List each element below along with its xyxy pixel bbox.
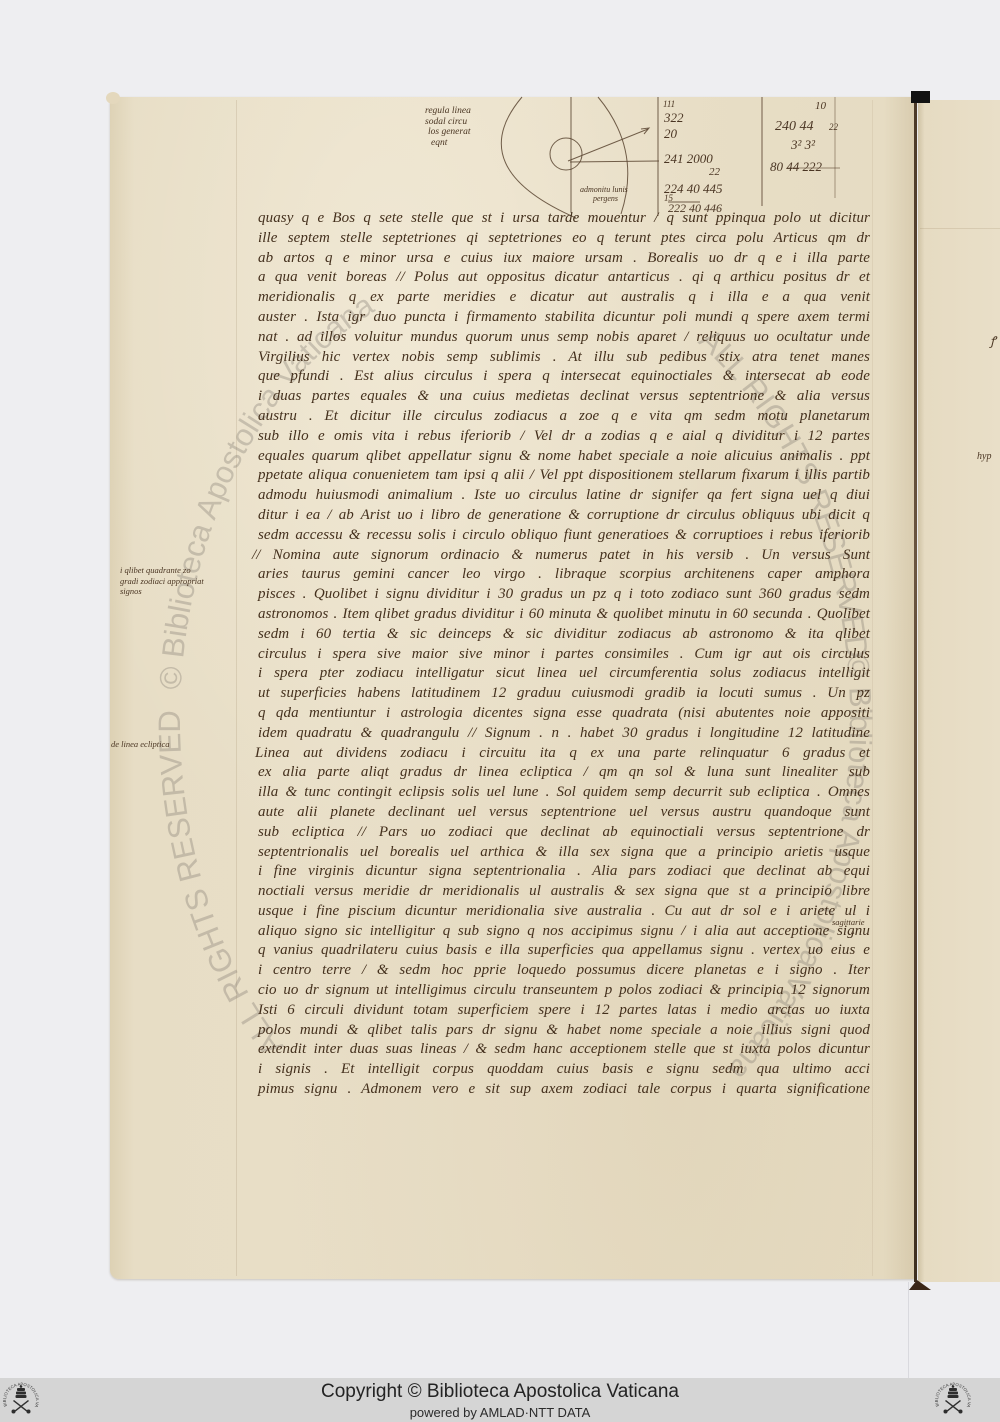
text-line: quasy q e Bos q sete stelle que st i urs… (258, 209, 870, 229)
calc-value: 22 (829, 122, 838, 132)
text-line: i signis . Et intelligit corpus quoddam … (258, 1060, 870, 1080)
margin-ruling-right (872, 100, 873, 1276)
note-line: i qlibet quadrante zo (120, 565, 204, 576)
text-line: sub illo e omis vita i rebus iferiorib /… (258, 427, 870, 447)
facing-page-note: ꝭ (990, 332, 996, 349)
calc-value: 80 44 222 (770, 159, 822, 175)
text-line: equales quarum qlibet appellatur signu &… (258, 447, 870, 467)
text-line: ex alia parte aliqt gradus dr linea ecli… (258, 763, 870, 783)
text-line: ab artos q e minor ursa e cuius iux maio… (258, 249, 870, 269)
margin-note-zodiac-quadrant: i qlibet quadrante zo gradi zodiaci appr… (120, 565, 204, 597)
facing-page-ruling (920, 228, 1000, 229)
text-line: polos mundi & qlibet talis pars dr signu… (258, 1021, 870, 1041)
facing-page-note: hyp (977, 451, 991, 462)
note-line: pergens (580, 194, 628, 203)
scan-edge-line (908, 1282, 909, 1378)
diagram-moon-note: admonitu lunis pergens (580, 185, 628, 203)
text-line: Isti 6 circuli dividunt totam superficie… (258, 1001, 870, 1021)
text-line: pisces . Quolibet i signu dividitur i 30… (258, 585, 870, 605)
facing-page-edge (918, 100, 1000, 1282)
text-line: pimus signu . Admonem vero e sit sup axe… (258, 1080, 870, 1100)
text-line: sedm i 60 tertia & sic deinceps & sic di… (258, 625, 870, 645)
text-line: ditur i ea / ab Arist uo i libro de gene… (258, 506, 870, 526)
calc-value: 20 (664, 126, 677, 142)
note-line: eqnt (425, 138, 471, 149)
text-line: usque i fine piscium dicuntur meridional… (258, 902, 870, 922)
text-line: i fine virginis dicuntur signa septentri… (258, 862, 870, 882)
text-line: aute alii planete declinant uel versus s… (258, 803, 870, 823)
radius-line (570, 161, 659, 162)
calc-value: 241 2000 (664, 151, 713, 167)
copyright-text: Copyright © Biblioteca Apostolica Vatica… (0, 1381, 1000, 1403)
text-line: i spera pter zodiacu intelligatur sicut … (258, 664, 870, 684)
binding-cap (911, 91, 930, 103)
calc-value: 322 (664, 110, 684, 126)
text-line: nat . ad illos voluitur mundus quorum un… (258, 328, 870, 348)
note-line: regula linea (425, 106, 471, 117)
text-line: ille septem stelle septetriones qi septe… (258, 229, 870, 249)
note-line: sodal circu (425, 117, 471, 128)
text-line: admodu huiusmodi animalium . Iste uo cir… (258, 486, 870, 506)
margin-note-sagittarius: sagittarie (832, 917, 865, 927)
note-line: gradi zodiaci appropriat (120, 576, 204, 587)
text-line: aries taurus gemini cancer leo virgo . l… (258, 565, 870, 585)
text-line: ut superficies habens latitudinem 12 gra… (258, 684, 870, 704)
text-line: septentrionalis uel borealis uel arthica… (258, 843, 870, 863)
text-line: meridionalis q ex parte meridies e dicat… (258, 288, 870, 308)
note-line: admonitu lunis (580, 185, 628, 194)
text-line: idem quadratu & quadrangulu // Signum . … (258, 724, 870, 744)
pointer-line (568, 129, 648, 161)
margin-ruling-left (236, 100, 237, 1276)
margin-note-ecliptic: de linea ecliptica (111, 739, 170, 749)
calc-value: 3² 3² (791, 137, 815, 153)
text-line: austru . Et dicitur ille circulus zodiac… (258, 407, 870, 427)
text-line: que pfundi . Est alius circulus i spera … (258, 367, 870, 387)
calc-value: 111 (663, 99, 675, 109)
inner-circle (550, 138, 582, 170)
text-line: i duas partes equales & una cuius mediet… (258, 387, 870, 407)
calc-value: 10 (815, 100, 826, 112)
binding-foot (909, 1280, 931, 1290)
text-line: aliquo signo sic intelligitur q sub sign… (258, 922, 870, 942)
text-line: illa & tunc contingit eclipsis solis uel… (258, 783, 870, 803)
text-line: Linea aut dividens zodiacu i circuitu it… (255, 744, 870, 764)
text-line: sedm accessu & recessu solis i circulo o… (258, 526, 870, 546)
diagram-rule-note: regula linea sodal circu los generat eqn… (425, 106, 471, 148)
binding-spine (914, 100, 917, 1282)
text-line: cio uo dr signum ut intelligimus circulu… (258, 981, 870, 1001)
text-line: q vanius quadrilateru cuius basis e illa… (258, 941, 870, 961)
text-line: ppetate aliqua conuenietem tam ipsi q al… (258, 466, 870, 486)
text-line: astronomos . Item qlibet gradus dividitu… (258, 605, 870, 625)
text-line: a qua venit boreas // Polus aut oppositu… (258, 268, 870, 288)
text-line: // Nomina aute signorum ordinacio & nume… (252, 546, 870, 566)
calc-value: 22 (709, 166, 720, 178)
text-line: q qda mentiuntur i astrologia dicentes s… (258, 704, 870, 724)
calc-value: 240 44 (775, 119, 814, 135)
insertion-mark: ʌ (851, 927, 855, 936)
text-line: noctiali versus meridie dr meridionalis … (258, 882, 870, 902)
text-line: extendit inter duas suas lineas / & sedm… (258, 1040, 870, 1060)
text-line: sub ecliptica // Pars uo zodiaci que dec… (258, 823, 870, 843)
text-line: Virgilius hic vertex nobis semp sublimis… (258, 348, 870, 368)
manuscript-text-block: quasy q e Bos q sete stelle que st i urs… (258, 209, 870, 1100)
powered-by-text: powered by AMLAD·NTT DATA (0, 1405, 1000, 1420)
text-line: i centro terre / & sedm hoc pprie loqued… (258, 961, 870, 981)
text-line: auster . Ista igr duo puncta i firmament… (258, 308, 870, 328)
text-line: circulus i spera sive maior sive minor i… (258, 645, 870, 665)
outer-circle-arc-left (501, 97, 576, 218)
note-line: signos (120, 586, 204, 597)
note-line: los generat (425, 127, 471, 138)
